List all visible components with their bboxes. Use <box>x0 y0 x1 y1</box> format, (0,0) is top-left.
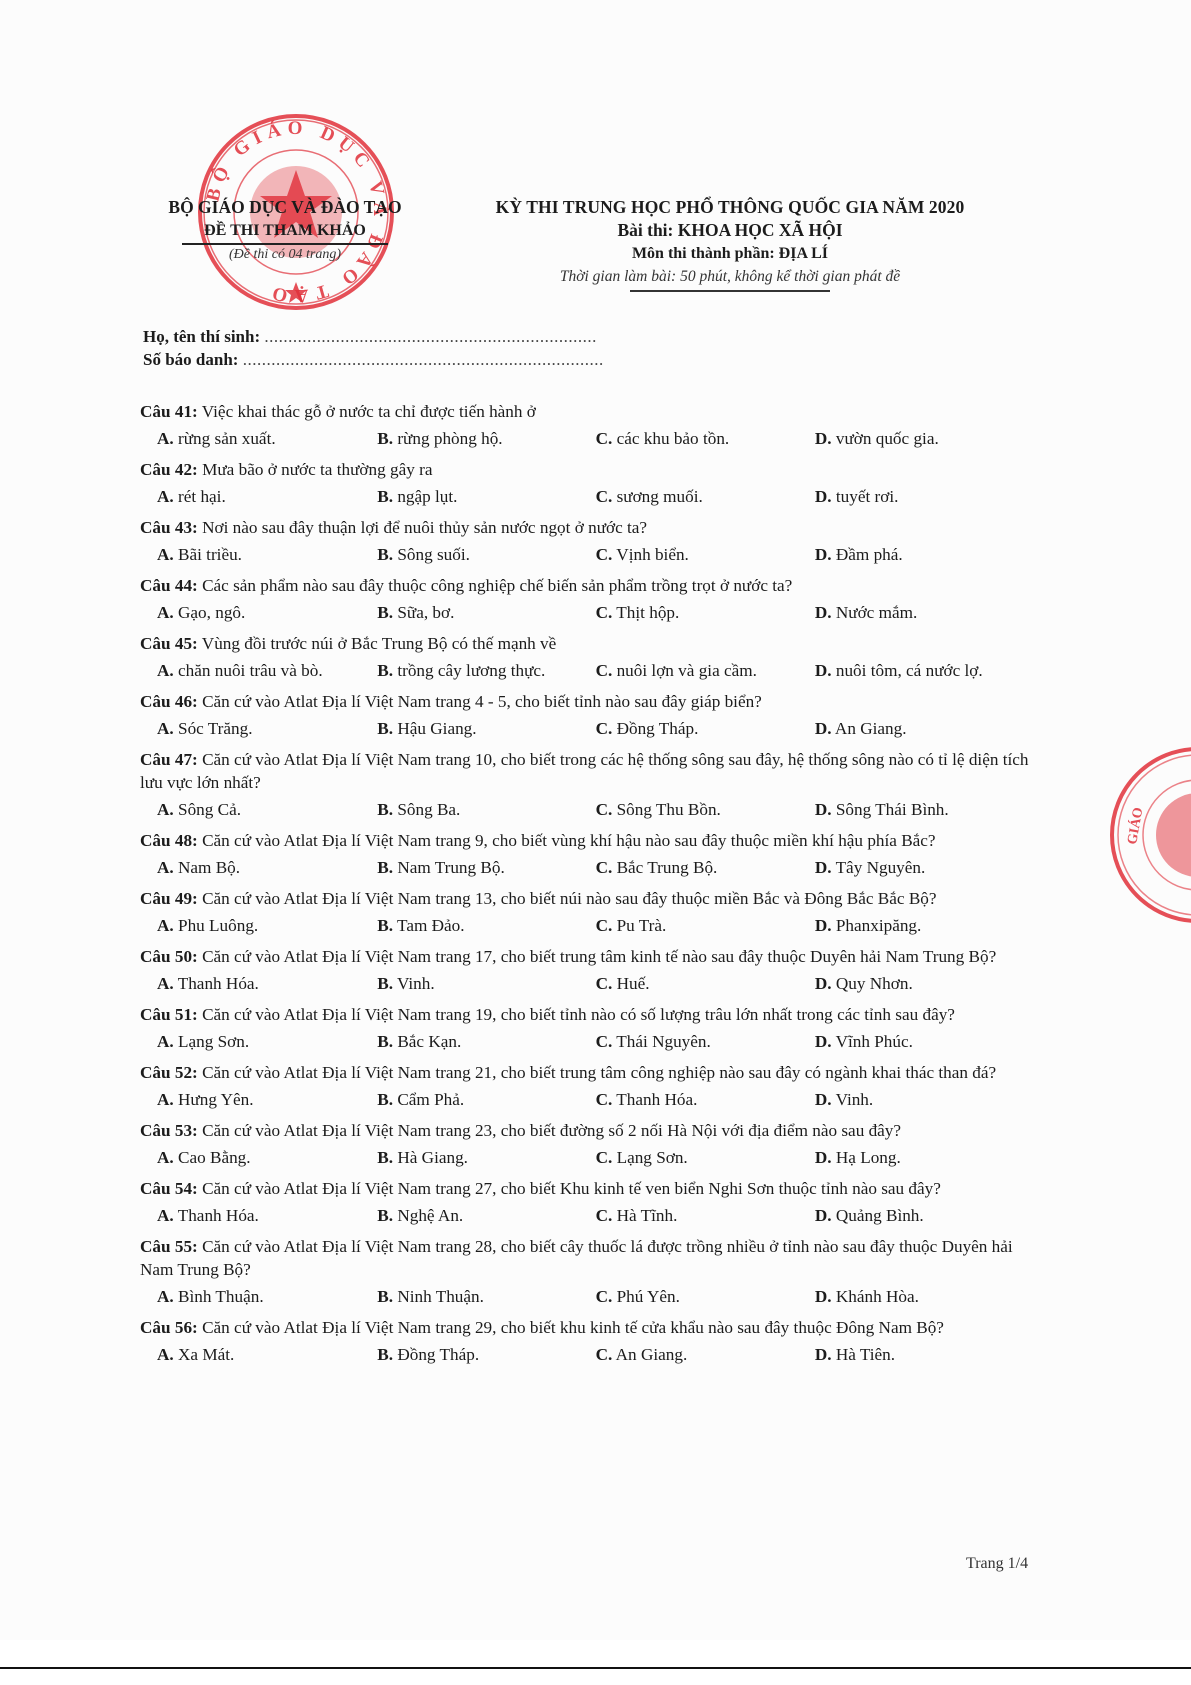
question-item: Câu 44: Các sản phẩm nào sau đây thuộc c… <box>140 574 1040 624</box>
option-letter: C. <box>596 429 613 448</box>
question-text: Nơi nào sau đây thuận lợi để nuôi thủy s… <box>202 518 647 537</box>
question-number: Câu 48: <box>140 831 198 850</box>
candidate-id-label: Số báo danh: <box>143 350 238 369</box>
pages-note: (Đề thi có 04 trang) <box>140 245 430 265</box>
question-number: Câu 43: <box>140 518 198 537</box>
answer-option[interactable]: B. trồng cây lương thực. <box>377 659 595 682</box>
option-text: Bình Thuận. <box>178 1287 264 1306</box>
question-number: Câu 55: <box>140 1237 198 1256</box>
answer-option[interactable]: A. Xa Mát. <box>157 1343 377 1366</box>
question-text: Căn cứ vào Atlat Địa lí Việt Nam trang 9… <box>202 831 935 850</box>
option-text: Hà Tiên. <box>836 1345 895 1364</box>
option-text: Nghệ An. <box>397 1206 463 1225</box>
answer-option[interactable]: A. rừng sản xuất. <box>157 427 377 450</box>
option-text: Lạng Sơn. <box>178 1032 249 1051</box>
answer-options: A. Nam Bộ.B. Nam Trung Bộ.C. Bắc Trung B… <box>140 856 1040 879</box>
question-item: Câu 42: Mưa bão ở nước ta thường gây raA… <box>140 458 1040 508</box>
question-item: Câu 45: Vùng đồi trước núi ở Bắc Trung B… <box>140 632 1040 682</box>
option-letter: D. <box>815 858 832 877</box>
question-text: Căn cứ vào Atlat Địa lí Việt Nam trang 4… <box>202 692 762 711</box>
answer-option[interactable]: A. Lạng Sơn. <box>157 1030 377 1053</box>
candidate-name-row: Họ, tên thí sinh: ......................… <box>143 325 604 348</box>
question-number: Câu 49: <box>140 889 198 908</box>
option-text: rừng phòng hộ. <box>397 429 502 448</box>
question-stem: Câu 44: Các sản phẩm nào sau đây thuộc c… <box>140 574 1040 597</box>
question-stem: Câu 47: Căn cứ vào Atlat Địa lí Việt Nam… <box>140 748 1040 794</box>
answer-option[interactable]: B. Sữa, bơ. <box>377 601 595 624</box>
answer-option[interactable]: C. An Giang. <box>596 1343 815 1366</box>
answer-option[interactable]: B. Ninh Thuận. <box>377 1285 595 1308</box>
answer-option[interactable]: A. chăn nuôi trâu và bò. <box>157 659 377 682</box>
question-item: Câu 43: Nơi nào sau đây thuận lợi để nuô… <box>140 516 1040 566</box>
option-letter: A. <box>157 974 174 993</box>
question-item: Câu 41: Việc khai thác gỗ ở nước ta chỉ … <box>140 400 1040 450</box>
exam-type: ĐỀ THI THAM KHẢO <box>140 219 430 242</box>
option-text: Thanh Hóa. <box>616 1090 697 1109</box>
question-stem: Câu 49: Căn cứ vào Atlat Địa lí Việt Nam… <box>140 887 1040 910</box>
answer-option[interactable]: D. Quy Nhơn. <box>815 972 1040 995</box>
answer-option[interactable]: D. nuôi tôm, cá nước lợ. <box>815 659 1040 682</box>
answer-option[interactable]: B. Tam Đảo. <box>377 914 595 937</box>
question-text: Vùng đồi trước núi ở Bắc Trung Bộ có thế… <box>202 634 557 653</box>
option-text: tuyết rơi. <box>836 487 899 506</box>
answer-option[interactable]: C. Hà Tĩnh. <box>596 1204 815 1227</box>
question-item: Câu 49: Căn cứ vào Atlat Địa lí Việt Nam… <box>140 887 1040 937</box>
answer-options: A. Sông Cả.B. Sông Ba.C. Sông Thu Bồn.D.… <box>140 798 1040 821</box>
option-text: Cẩm Phả. <box>397 1090 464 1109</box>
option-text: Cao Bằng. <box>178 1148 251 1167</box>
header-rule-right <box>630 290 830 292</box>
answer-option[interactable]: D. Hà Tiên. <box>815 1343 1040 1366</box>
answer-option[interactable]: D. Nước mắm. <box>815 601 1040 624</box>
option-text: Sông Ba. <box>397 800 460 819</box>
candidate-id-field[interactable]: ........................................… <box>243 350 604 369</box>
question-stem: Câu 46: Căn cứ vào Atlat Địa lí Việt Nam… <box>140 690 1040 713</box>
answer-option[interactable]: D. Đầm phá. <box>815 543 1040 566</box>
option-letter: A. <box>157 545 174 564</box>
candidate-name-label: Họ, tên thí sinh: <box>143 327 260 346</box>
question-text: Căn cứ vào Atlat Địa lí Việt Nam trang 2… <box>202 1179 941 1198</box>
option-text: sương muối. <box>617 487 703 506</box>
option-text: ngập lụt. <box>397 487 457 506</box>
answer-option[interactable]: A. Nam Bộ. <box>157 856 377 879</box>
option-text: Vịnh biển. <box>616 545 689 564</box>
question-text: Căn cứ vào Atlat Địa lí Việt Nam trang 2… <box>140 1237 1013 1279</box>
option-text: Hậu Giang. <box>397 719 476 738</box>
option-letter: B. <box>377 1148 393 1167</box>
answer-option[interactable]: B. Nam Trung Bộ. <box>377 856 595 879</box>
answer-option[interactable]: A. Thanh Hóa. <box>157 1204 377 1227</box>
question-stem: Câu 41: Việc khai thác gỗ ở nước ta chỉ … <box>140 400 1040 423</box>
question-item: Câu 54: Căn cứ vào Atlat Địa lí Việt Nam… <box>140 1177 1040 1227</box>
option-letter: A. <box>157 429 174 448</box>
option-letter: C. <box>596 1206 613 1225</box>
answer-option[interactable]: B. Cẩm Phả. <box>377 1088 595 1111</box>
answer-options: A. Thanh Hóa.B. Nghệ An.C. Hà Tĩnh.D. Qu… <box>140 1204 1040 1227</box>
answer-option[interactable]: C. sương muối. <box>596 485 815 508</box>
question-stem: Câu 42: Mưa bão ở nước ta thường gây ra <box>140 458 1040 481</box>
option-text: Đồng Tháp. <box>617 719 699 738</box>
answer-option[interactable]: C. Lạng Sơn. <box>596 1146 815 1169</box>
question-stem: Câu 51: Căn cứ vào Atlat Địa lí Việt Nam… <box>140 1003 1040 1026</box>
question-number: Câu 45: <box>140 634 198 653</box>
answer-options: A. Hưng Yên.B. Cẩm Phả.C. Thanh Hóa.D. V… <box>140 1088 1040 1111</box>
option-letter: B. <box>377 545 393 564</box>
question-number: Câu 56: <box>140 1318 198 1337</box>
option-letter: D. <box>815 719 832 738</box>
option-text: Bắc Trung Bộ. <box>617 858 718 877</box>
option-letter: A. <box>157 1345 174 1364</box>
option-letter: B. <box>377 603 393 622</box>
option-letter: A. <box>157 800 174 819</box>
option-text: Sữa, bơ. <box>397 603 454 622</box>
answer-options: A. Gạo, ngô.B. Sữa, bơ.C. Thịt hộp.D. Nư… <box>140 601 1040 624</box>
option-letter: C. <box>596 1287 613 1306</box>
option-text: nuôi lợn và gia cầm. <box>617 661 757 680</box>
answer-option[interactable]: C. các khu bảo tồn. <box>596 427 815 450</box>
answer-option[interactable]: D. Phanxipăng. <box>815 914 1040 937</box>
question-stem: Câu 48: Căn cứ vào Atlat Địa lí Việt Nam… <box>140 829 1040 852</box>
answer-option[interactable]: B. Vinh. <box>377 972 595 995</box>
option-text: Thanh Hóa. <box>178 974 259 993</box>
option-text: Phu Luông. <box>178 916 258 935</box>
option-text: Sông suối. <box>397 545 470 564</box>
option-letter: A. <box>157 603 174 622</box>
option-letter: D. <box>815 800 832 819</box>
option-letter: A. <box>157 1206 174 1225</box>
candidate-id-row: Số báo danh: ...........................… <box>143 348 604 371</box>
answer-option[interactable]: C. Phú Yên. <box>596 1285 815 1308</box>
option-letter: D. <box>815 429 832 448</box>
answer-option[interactable]: A. Bãi triều. <box>157 543 377 566</box>
answer-option[interactable]: A. Cao Bằng. <box>157 1146 377 1169</box>
option-letter: B. <box>377 1287 393 1306</box>
answer-option[interactable]: D. Sông Thái Bình. <box>815 798 1040 821</box>
answer-options: A. rét hại.B. ngập lụt.C. sương muối.D. … <box>140 485 1040 508</box>
option-text: Bãi triều. <box>178 545 242 564</box>
answer-option[interactable]: C. Vịnh biển. <box>596 543 815 566</box>
exam-title: KỲ THI TRUNG HỌC PHỔ THÔNG QUỐC GIA NĂM … <box>450 196 1010 219</box>
option-text: Thịt hộp. <box>616 603 679 622</box>
option-letter: B. <box>377 1345 393 1364</box>
option-text: Quy Nhơn. <box>836 974 913 993</box>
question-text: Căn cứ vào Atlat Địa lí Việt Nam trang 1… <box>202 947 996 966</box>
option-text: các khu bảo tồn. <box>617 429 730 448</box>
option-letter: C. <box>596 858 613 877</box>
option-letter: D. <box>815 1032 832 1051</box>
answer-option[interactable]: A. Hưng Yên. <box>157 1088 377 1111</box>
option-text: rừng sản xuất. <box>178 429 276 448</box>
option-text: Vinh. <box>397 974 435 993</box>
option-letter: C. <box>596 1148 613 1167</box>
option-text: Sóc Trăng. <box>178 719 253 738</box>
option-letter: D. <box>815 603 832 622</box>
option-letter: B. <box>377 1090 393 1109</box>
question-stem: Câu 56: Căn cứ vào Atlat Địa lí Việt Nam… <box>140 1316 1040 1339</box>
option-letter: C. <box>596 974 613 993</box>
question-item: Câu 47: Căn cứ vào Atlat Địa lí Việt Nam… <box>140 748 1040 821</box>
option-letter: C. <box>596 800 613 819</box>
page-number: Trang 1/4 <box>966 1555 1028 1573</box>
option-text: Đầm phá. <box>836 545 903 564</box>
question-number: Câu 51: <box>140 1005 198 1024</box>
answer-option[interactable]: C. Huế. <box>596 972 815 995</box>
option-letter: B. <box>377 800 393 819</box>
question-number: Câu 42: <box>140 460 198 479</box>
option-letter: D. <box>815 1345 832 1364</box>
option-letter: D. <box>815 1287 832 1306</box>
option-text: Nam Trung Bộ. <box>397 858 504 877</box>
answer-option[interactable]: A. Sông Cả. <box>157 798 377 821</box>
ministry-name: BỘ GIÁO DỤC VÀ ĐÀO TẠO <box>140 196 430 219</box>
answer-option[interactable]: C. nuôi lợn và gia cầm. <box>596 659 815 682</box>
question-item: Câu 50: Căn cứ vào Atlat Địa lí Việt Nam… <box>140 945 1040 995</box>
option-text: Hà Giang. <box>397 1148 468 1167</box>
answer-option[interactable]: B. Hà Giang. <box>377 1146 595 1169</box>
question-text: Căn cứ vào Atlat Địa lí Việt Nam trang 1… <box>140 750 1029 792</box>
option-text: Phanxipăng. <box>836 916 921 935</box>
question-item: Câu 46: Căn cứ vào Atlat Địa lí Việt Nam… <box>140 690 1040 740</box>
question-item: Câu 48: Căn cứ vào Atlat Địa lí Việt Nam… <box>140 829 1040 879</box>
option-letter: D. <box>815 1206 832 1225</box>
option-text: Xa Mát. <box>178 1345 234 1364</box>
question-list: Câu 41: Việc khai thác gỗ ở nước ta chỉ … <box>140 400 1040 1374</box>
question-stem: Câu 52: Căn cứ vào Atlat Địa lí Việt Nam… <box>140 1061 1040 1084</box>
answer-option[interactable]: A. Sóc Trăng. <box>157 717 377 740</box>
option-letter: A. <box>157 1090 174 1109</box>
candidate-name-field[interactable]: ........................................… <box>264 327 597 346</box>
option-text: Pu Trà. <box>617 916 667 935</box>
answer-option[interactable]: B. ngập lụt. <box>377 485 595 508</box>
question-text: Căn cứ vào Atlat Địa lí Việt Nam trang 2… <box>202 1063 996 1082</box>
answer-option[interactable]: D. Khánh Hòa. <box>815 1285 1040 1308</box>
option-letter: B. <box>377 1206 393 1225</box>
time-limit: Thời gian làm bài: 50 phút, không kể thờ… <box>450 265 1010 288</box>
answer-options: A. Lạng Sơn.B. Bắc Kạn.C. Thái Nguyên.D.… <box>140 1030 1040 1053</box>
answer-options: A. rừng sản xuất.B. rừng phòng hộ.C. các… <box>140 427 1040 450</box>
option-text: Thanh Hóa. <box>178 1206 259 1225</box>
answer-option[interactable]: A. Thanh Hóa. <box>157 972 377 995</box>
answer-options: A. Sóc Trăng.B. Hậu Giang.C. Đồng Tháp.D… <box>140 717 1040 740</box>
question-text: Căn cứ vào Atlat Địa lí Việt Nam trang 2… <box>202 1318 944 1337</box>
option-text: Đồng Tháp. <box>397 1345 479 1364</box>
question-item: Câu 51: Căn cứ vào Atlat Địa lí Việt Nam… <box>140 1003 1040 1053</box>
option-text: vườn quốc gia. <box>836 429 939 448</box>
option-letter: D. <box>815 661 832 680</box>
option-text: Lạng Sơn. <box>617 1148 688 1167</box>
option-letter: A. <box>157 719 174 738</box>
option-letter: B. <box>377 1032 393 1051</box>
option-letter: D. <box>815 545 832 564</box>
option-letter: C. <box>596 1090 613 1109</box>
answer-options: A. chăn nuôi trâu và bò.B. trồng cây lươ… <box>140 659 1040 682</box>
answer-options: A. Thanh Hóa.B. Vinh.C. Huế.D. Quy Nhơn. <box>140 972 1040 995</box>
answer-option[interactable]: B. Sông Ba. <box>377 798 595 821</box>
question-stem: Câu 50: Căn cứ vào Atlat Địa lí Việt Nam… <box>140 945 1040 968</box>
option-letter: C. <box>596 545 613 564</box>
option-letter: B. <box>377 487 393 506</box>
option-text: An Giang. <box>835 719 907 738</box>
question-number: Câu 54: <box>140 1179 198 1198</box>
option-text: Sông Cả. <box>178 800 241 819</box>
option-text: Phú Yên. <box>617 1287 680 1306</box>
option-letter: C. <box>596 603 613 622</box>
answer-option[interactable]: D. An Giang. <box>815 717 1040 740</box>
option-letter: C. <box>596 661 613 680</box>
candidate-info: Họ, tên thí sinh: ......................… <box>143 325 604 371</box>
answer-option[interactable]: C. Thanh Hóa. <box>596 1088 815 1111</box>
option-letter: A. <box>157 858 174 877</box>
answer-option[interactable]: D. Hạ Long. <box>815 1146 1040 1169</box>
option-letter: A. <box>157 661 174 680</box>
option-letter: D. <box>815 974 832 993</box>
answer-option[interactable]: A. Gạo, ngô. <box>157 601 377 624</box>
answer-option[interactable]: C. Thái Nguyên. <box>596 1030 815 1053</box>
answer-option[interactable]: D. Tây Nguyên. <box>815 856 1040 879</box>
question-text: Căn cứ vào Atlat Địa lí Việt Nam trang 1… <box>202 889 936 908</box>
subject-name: Môn thi thành phần: ĐỊA LÍ <box>450 242 1010 265</box>
option-text: Hà Tĩnh. <box>617 1206 678 1225</box>
question-number: Câu 53: <box>140 1121 198 1140</box>
option-letter: D. <box>815 1148 832 1167</box>
question-number: Câu 41: <box>140 402 198 421</box>
question-item: Câu 55: Căn cứ vào Atlat Địa lí Việt Nam… <box>140 1235 1040 1308</box>
option-letter: A. <box>157 1148 174 1167</box>
answer-options: A. Cao Bằng.B. Hà Giang.C. Lạng Sơn.D. H… <box>140 1146 1040 1169</box>
question-text: Mưa bão ở nước ta thường gây ra <box>202 460 432 479</box>
answer-option[interactable]: D. Quảng Bình. <box>815 1204 1040 1227</box>
answer-option[interactable]: B. Đồng Tháp. <box>377 1343 595 1366</box>
option-letter: B. <box>377 719 393 738</box>
option-letter: C. <box>596 916 613 935</box>
option-text: Tây Nguyên. <box>836 858 926 877</box>
option-letter: B. <box>377 974 393 993</box>
option-text: Vinh. <box>836 1090 874 1109</box>
answer-option[interactable]: C. Pu Trà. <box>596 914 815 937</box>
answer-option[interactable]: D. tuyết rơi. <box>815 485 1040 508</box>
question-stem: Câu 43: Nơi nào sau đây thuận lợi để nuô… <box>140 516 1040 539</box>
option-letter: D. <box>815 1090 832 1109</box>
option-text: Hạ Long. <box>836 1148 901 1167</box>
question-number: Câu 47: <box>140 750 198 769</box>
option-letter: D. <box>815 487 832 506</box>
answer-option[interactable]: B. Sông suối. <box>377 543 595 566</box>
question-stem: Câu 45: Vùng đồi trước núi ở Bắc Trung B… <box>140 632 1040 655</box>
answer-option[interactable]: B. Hậu Giang. <box>377 717 595 740</box>
option-text: Vĩnh Phúc. <box>836 1032 913 1051</box>
option-text: Bắc Kạn. <box>397 1032 461 1051</box>
option-letter: A. <box>157 1032 174 1051</box>
answer-option[interactable]: B. Bắc Kạn. <box>377 1030 595 1053</box>
answer-options: A. Xa Mát.B. Đồng Tháp.C. An Giang.D. Hà… <box>140 1343 1040 1366</box>
option-letter: A. <box>157 1287 174 1306</box>
answer-option[interactable]: A. Phu Luông. <box>157 914 377 937</box>
option-text: Sông Thu Bồn. <box>617 800 721 819</box>
question-number: Câu 52: <box>140 1063 198 1082</box>
option-letter: C. <box>596 1345 613 1364</box>
question-item: Câu 52: Căn cứ vào Atlat Địa lí Việt Nam… <box>140 1061 1040 1111</box>
option-text: chăn nuôi trâu và bò. <box>178 661 323 680</box>
option-letter: B. <box>377 916 393 935</box>
option-text: Sông Thái Bình. <box>836 800 949 819</box>
answer-option[interactable]: B. rừng phòng hộ. <box>377 427 595 450</box>
option-text: Nước mắm. <box>836 603 917 622</box>
answer-option[interactable]: C. Bắc Trung Bộ. <box>596 856 815 879</box>
option-text: Quảng Bình. <box>836 1206 924 1225</box>
answer-option[interactable]: D. Vinh. <box>815 1088 1040 1111</box>
question-number: Câu 44: <box>140 576 198 595</box>
question-item: Câu 53: Căn cứ vào Atlat Địa lí Việt Nam… <box>140 1119 1040 1169</box>
answer-options: A. Phu Luông.B. Tam Đảo.C. Pu Trà.D. Pha… <box>140 914 1040 937</box>
exam-header: KỲ THI TRUNG HỌC PHỔ THÔNG QUỐC GIA NĂM … <box>450 196 1010 292</box>
question-text: Căn cứ vào Atlat Địa lí Việt Nam trang 2… <box>202 1121 901 1140</box>
option-letter: C. <box>596 487 613 506</box>
answer-option[interactable]: C. Thịt hộp. <box>596 601 815 624</box>
question-stem: Câu 53: Căn cứ vào Atlat Địa lí Việt Nam… <box>140 1119 1040 1142</box>
option-letter: A. <box>157 916 174 935</box>
option-text: Gạo, ngô. <box>178 603 245 622</box>
page-bottom-margin <box>0 1669 1191 1685</box>
option-text: An Giang. <box>616 1345 688 1364</box>
answer-option[interactable]: C. Đồng Tháp. <box>596 717 815 740</box>
ministry-header: BỘ GIÁO DỤC VÀ ĐÀO TẠO ĐỀ THI THAM KHẢO … <box>140 196 430 265</box>
option-text: Ninh Thuận. <box>397 1287 484 1306</box>
answer-options: A. Bãi triều.B. Sông suối.C. Vịnh biển.D… <box>140 543 1040 566</box>
question-stem: Câu 55: Căn cứ vào Atlat Địa lí Việt Nam… <box>140 1235 1040 1281</box>
option-letter: A. <box>157 487 174 506</box>
option-text: Thái Nguyên. <box>616 1032 711 1051</box>
answer-option[interactable]: D. Vĩnh Phúc. <box>815 1030 1040 1053</box>
question-item: Câu 56: Căn cứ vào Atlat Địa lí Việt Nam… <box>140 1316 1040 1366</box>
question-text: Việc khai thác gỗ ở nước ta chỉ được tiế… <box>202 402 536 421</box>
option-text: nuôi tôm, cá nước lợ. <box>836 661 983 680</box>
answer-option[interactable]: A. rét hại. <box>157 485 377 508</box>
question-stem: Câu 54: Căn cứ vào Atlat Địa lí Việt Nam… <box>140 1177 1040 1200</box>
option-letter: B. <box>377 661 393 680</box>
question-text: Căn cứ vào Atlat Địa lí Việt Nam trang 1… <box>202 1005 955 1024</box>
answer-option[interactable]: A. Bình Thuận. <box>157 1285 377 1308</box>
answer-options: A. Bình Thuận.B. Ninh Thuận.C. Phú Yên.D… <box>140 1285 1040 1308</box>
option-letter: B. <box>377 858 393 877</box>
option-text: rét hại. <box>178 487 226 506</box>
question-number: Câu 46: <box>140 692 198 711</box>
answer-option[interactable]: B. Nghệ An. <box>377 1204 595 1227</box>
question-text: Các sản phẩm nào sau đây thuộc công nghi… <box>202 576 792 595</box>
option-text: Nam Bộ. <box>178 858 240 877</box>
answer-option[interactable]: C. Sông Thu Bồn. <box>596 798 815 821</box>
option-letter: C. <box>596 719 613 738</box>
option-text: Hưng Yên. <box>178 1090 254 1109</box>
answer-option[interactable]: D. vườn quốc gia. <box>815 427 1040 450</box>
test-name: Bài thi: KHOA HỌC XÃ HỘI <box>450 219 1010 242</box>
option-text: trồng cây lương thực. <box>397 661 545 680</box>
option-letter: C. <box>596 1032 613 1051</box>
option-text: Tam Đảo. <box>397 916 465 935</box>
option-letter: D. <box>815 916 832 935</box>
option-text: Huế. <box>617 974 650 993</box>
option-letter: B. <box>377 429 393 448</box>
question-number: Câu 50: <box>140 947 198 966</box>
option-text: Khánh Hòa. <box>836 1287 919 1306</box>
